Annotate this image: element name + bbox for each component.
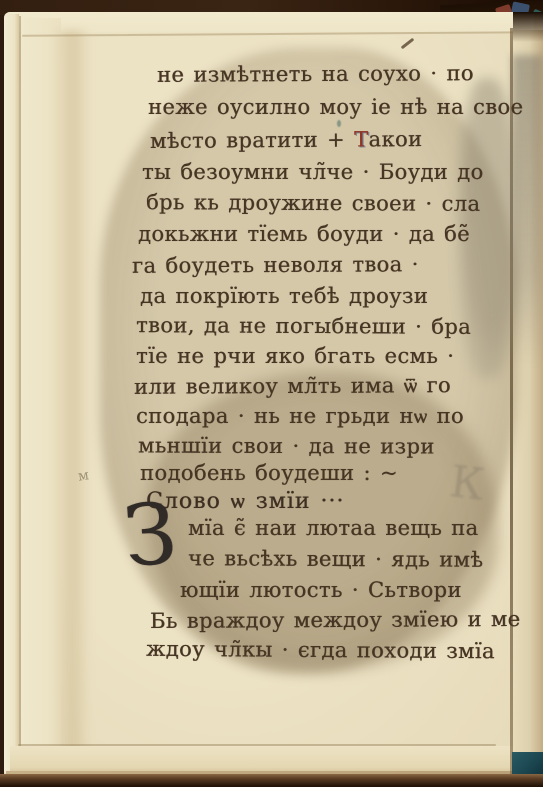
manuscript-line: ждоу чл̃кы · єгда походи змїа [146,637,495,663]
gutter-top-shadow [513,12,543,42]
manuscript-line: мьншїи свои · да не изри [138,433,435,458]
manuscript-line: га боудеть неволя твоа · [132,252,419,278]
marginal-note: м [77,467,90,484]
manuscript-line: да покрїють тебѣ дроузи [140,284,428,308]
manuscript-line: Бь враждоу междоу змїею и ме [150,607,521,633]
line3-pre: мѣсто вратити + [150,128,354,153]
manuscript-photo: м К не измѣтнеть на соухо · по неже оуси… [0,0,543,787]
manuscript-line: че вьсѣхь вещи · ядь имѣ [188,546,483,572]
manuscript-line: ты безоумни чл̃че · Боуди до [142,160,484,184]
decorated-initial-t: Т [354,127,369,151]
manuscript-line: или великоу мл̃ть има ѿ го [134,373,451,400]
manuscript-line: мїа є̃ наи лютаа вещь па [188,516,478,540]
manuscript-line: подобень боудеши : ~ [140,461,398,485]
manuscript-line: тїе не рчи яко бгать есмь · [136,344,454,368]
manuscript-line: сподара · нь не грьди нѡ по [136,404,464,429]
manuscript-line: неже оусилно моу іе нѣ на свое [148,95,523,119]
line3-post: акои [368,127,422,151]
manuscript-line: не измѣтнеть на соухо · по [157,61,474,87]
left-margin-stain [52,30,90,760]
binding-bottom-edge [0,774,543,787]
manuscript-line: ющїи лютость · Сьтвори [180,578,462,602]
manuscript-line: докьжни тїемь боуди · да бе̃ [138,222,470,246]
show-through-mark: К [447,456,487,511]
manuscript-line: мѣсто вратити + Такои [150,127,423,153]
ink-dot [337,120,341,127]
section-heading: Слово ѡ змїи ··· [146,488,344,514]
page-stack-top-edge [4,12,534,32]
manuscript-line: твои, да не погыбнеши · бра [136,313,471,339]
page-stack-bottom-edge [10,746,520,774]
page-stack-left-edge [4,14,19,774]
manuscript-line: брь кь дроужине своеи · сла [146,190,480,216]
large-initial-z: З [121,494,179,577]
